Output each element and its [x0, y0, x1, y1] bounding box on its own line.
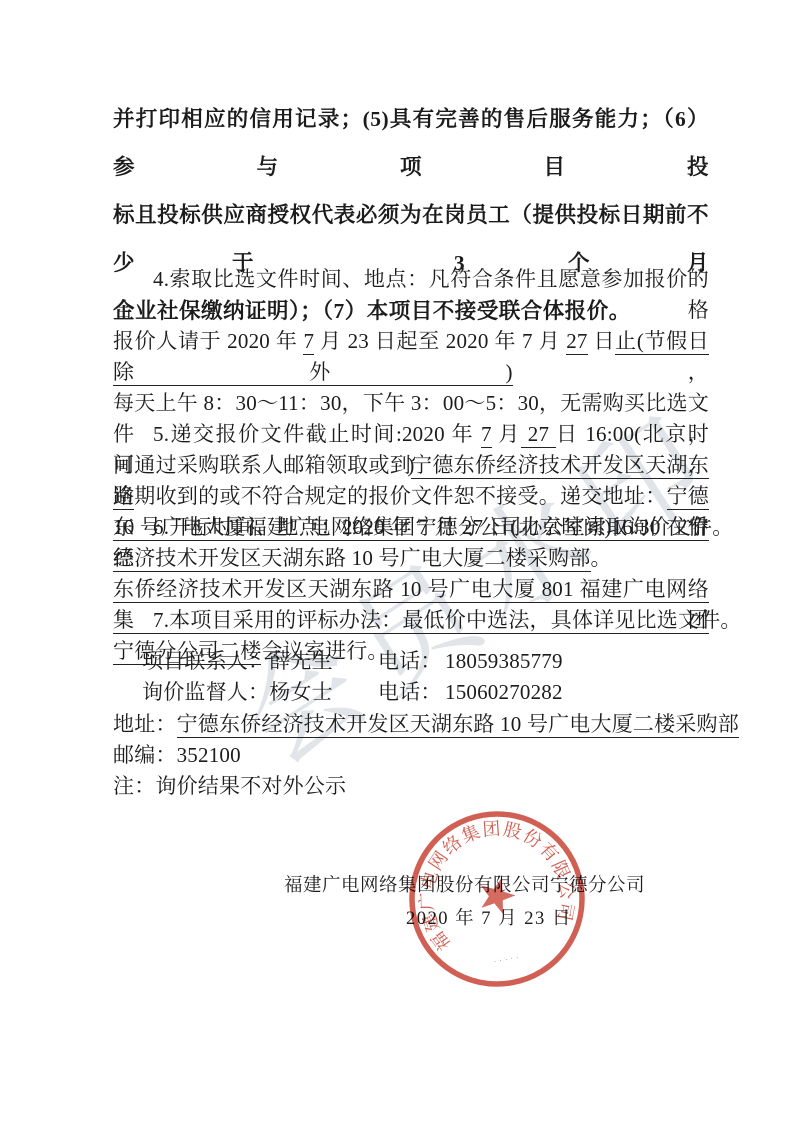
text-run: 月	[492, 422, 521, 446]
contact-label: 询价监督人：	[142, 680, 269, 704]
text-run: ，	[513, 360, 709, 384]
postal-value: 352100	[177, 743, 241, 767]
text-run: 逾期收到的或不符合规定的报价文件恕不接受。递交地址：	[113, 484, 667, 508]
phone-number: 15060270282	[445, 677, 563, 708]
phone-label: 电话：	[378, 677, 442, 708]
note-text: 注：询价结果不对外公示	[113, 774, 346, 798]
underlined-text: 27	[462, 515, 483, 541]
note-line: 注：询价结果不对外公示	[113, 771, 753, 802]
text-line: 4.索取比选文件时间、地点：凡符合条件且愿意参加报价的合格	[113, 264, 709, 326]
text-run: 6.开标时间、地点：2020 年	[153, 515, 418, 539]
paragraph-p6: 6.开标时间、地点：2020 年 7 月 27 日(北京时间)16:30 在宁德…	[113, 512, 709, 667]
text-run: 日	[588, 329, 616, 353]
text-line: 7.本项目采用的评标办法：最低价中选法，具体详见比选文件。	[113, 605, 709, 636]
contact-row: 项目联系人：薛先生 电话： 18059385779	[113, 646, 709, 677]
contact-row: 询价监督人：杨女士 电话： 15060270282	[113, 677, 709, 708]
text-run: 月 23 日起至 2020 年 7 月	[314, 329, 566, 353]
text-line: 5.递交报价文件截止时间:2020 年 7 月 27 日 16:00(北京时间)…	[113, 419, 709, 481]
signature-date: 2020 年 7 月 23 日	[406, 904, 572, 930]
phone-number: 18059385779	[445, 646, 563, 677]
text-run: 5.递交报价文件截止时间:2020 年	[153, 422, 481, 446]
phone-label: 电话：	[378, 646, 442, 677]
seal-code-marks: ·····	[493, 953, 522, 967]
seal-ring	[404, 806, 590, 992]
text-run: 日(北京时间)16:30 在	[483, 515, 688, 539]
postal-label: 邮编：	[113, 743, 177, 767]
address-label: 地址：	[113, 712, 177, 736]
address-value: 宁德东侨经济技术开发区天湖东路 10 号广电大厦二楼采购部	[177, 712, 739, 738]
text-run: 7.本项目采用的评标办法：最低价中选法，具体详见比选文件。	[153, 608, 742, 632]
paragraph-p7: 7.本项目采用的评标办法：最低价中选法，具体详见比选文件。	[113, 605, 709, 636]
document-page: 会员水印 并打印相应的信用记录；(5)具有完善的售后服务能力；（6）参与项目投标…	[0, 0, 793, 1121]
text-run: 月	[429, 515, 462, 539]
text-line: 6.开标时间、地点：2020 年 7 月 27 日(北京时间)16:30 在宁德	[113, 512, 709, 574]
contact-block: 项目联系人：薛先生 电话： 18059385779 询价监督人：杨女士 电话： …	[113, 646, 709, 708]
postal-line: 邮编：352100	[113, 740, 753, 771]
contact-name: 杨女士	[269, 680, 333, 704]
company-seal-stamp: 福建广电网络集团股份有限公司 ·····	[404, 806, 590, 992]
address-line: 地址：宁德东侨经济技术开发区天湖东路 10 号广电大厦二楼采购部	[113, 709, 753, 740]
contact-label: 项目联系人：	[142, 649, 269, 673]
text-line: 并打印相应的信用记录；(5)具有完善的售后服务能力；（6）参与项目投	[113, 95, 709, 191]
text-line: 报价人请于 2020 年 7 月 23 日起至 2020 年 7 月 27 日止…	[113, 326, 709, 388]
text-run: 报价人请于 2020 年	[113, 329, 303, 353]
signature-company: 福建广电网络集团股份有限公司宁德分公司	[284, 871, 645, 897]
underlined-text: 27	[521, 422, 556, 448]
address-block: 地址：宁德东侨经济技术开发区天湖东路 10 号广电大厦二楼采购部 邮编：3521…	[113, 709, 753, 802]
underlined-text: 7	[303, 329, 314, 355]
text-run: 4.索取比选文件时间、地点：凡符合条件且愿意参加报价的合格	[113, 267, 709, 322]
underlined-text: 7	[418, 515, 429, 541]
underlined-text: 7	[481, 422, 492, 448]
contact-name: 薛先生	[269, 649, 333, 673]
text-run: 并打印相应的信用记录；(5)具有完善的售后服务能力；（6）参与项目投	[113, 107, 709, 179]
underlined-text: 27	[566, 329, 587, 355]
